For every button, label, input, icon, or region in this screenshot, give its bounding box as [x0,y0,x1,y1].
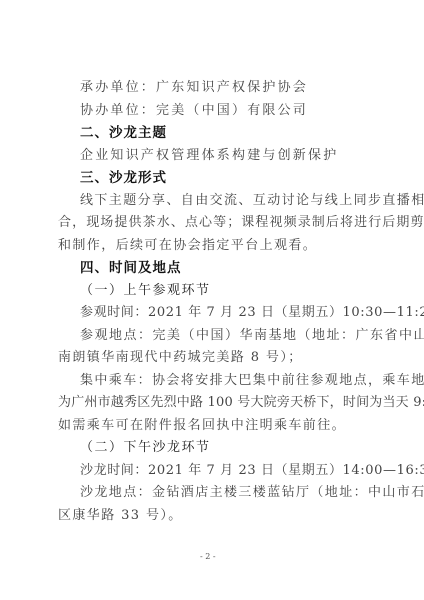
visit-place-line: 南朗镇华南现代中药城完美路 8 号）； [58,350,303,366]
shuttle-line: 如需乘车可在附件报名回执中注明乘车前往。 [58,418,346,434]
format-paragraph-line: 线下主题分享、自由交流、互动讨论与线上同步直播相结 [80,193,424,209]
organizer-line: 承办单位：广东知识产权保护协会 [80,80,308,96]
page-number: - 2 - [200,552,216,561]
subheading-morning: （一）上午参观环节 [80,283,211,299]
format-paragraph-line: 和制作，后续可在协会指定平台上观看。 [58,238,317,254]
subheading-afternoon: （二）下午沙龙环节 [80,440,211,456]
visit-time-line: 参观时间：2021 年 7 月 23 日（星期五）10:30—11:20； [80,305,424,321]
theme-text: 企业知识产权管理体系构建与创新保护 [80,148,338,164]
salon-place-line: 沙龙地点：金钻酒店主楼三楼蓝钻厅（地址：中山市石岐 [80,485,424,501]
salon-time-line: 沙龙时间：2021 年 7 月 23 日（星期五）14:00—16:30； [80,463,424,479]
salon-place-line: 区康华路 33 号）。 [58,508,183,524]
section-heading-time-place: 四、时间及地点 [80,260,182,276]
format-paragraph-line: 合，现场提供茶水、点心等；课程视频录制后将进行后期剪辑 [58,215,424,231]
shuttle-line: 集中乘车：协会将安排大巴集中前往参观地点，乘车地点 [80,373,424,389]
section-heading-theme: 二、沙龙主题 [80,125,167,141]
visit-place-line: 参观地点：完美（中国）华南基地（地址：广东省中山市 [80,328,424,344]
document-page: 承办单位：广东知识产权保护协会 协办单位：完美（中国）有限公司 二、沙龙主题 企… [0,0,424,600]
section-heading-format: 三、沙龙形式 [80,170,167,186]
shuttle-line: 为广州市越秀区先烈中路 100 号大院旁天桥下，时间为当天 9:30， [58,395,424,411]
co-organizer-line: 协办单位：完美（中国）有限公司 [80,103,308,119]
